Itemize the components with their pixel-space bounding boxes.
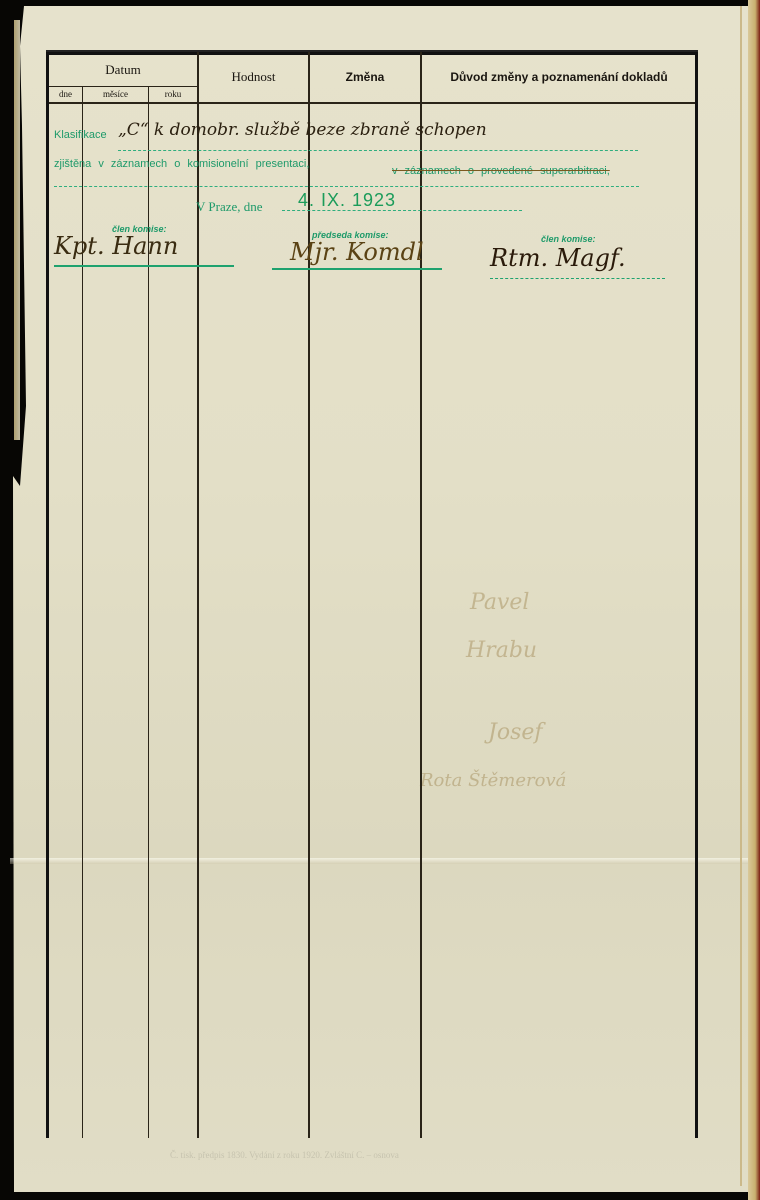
header-roku: roku <box>149 89 197 99</box>
page-edge <box>740 6 742 1186</box>
header-hodnost: Hodnost <box>199 69 308 85</box>
struck-text: v záznamech o provedené superarbitraci, <box>392 165 610 177</box>
signature-line-left <box>54 265 234 267</box>
dotted-rule <box>118 150 638 151</box>
book-spine <box>748 0 760 1200</box>
record-table <box>46 52 698 1138</box>
header-divider <box>49 86 197 87</box>
classification-label: Klasifikace <box>54 129 107 141</box>
header-duvod: Důvod změny a poznamenání dokladů <box>422 70 696 84</box>
signature-line-center <box>272 268 442 270</box>
signature-center: Mjr. Komdl <box>290 238 424 266</box>
header-datum: Datum <box>49 62 197 78</box>
header-zmena: Změna <box>310 70 420 84</box>
header-bottom-line <box>49 102 695 104</box>
bleed-through-print: Č. tisk. předpis 1830. Vydání z roku 192… <box>170 1150 399 1160</box>
signature-left: Kpt. Hann <box>54 232 178 260</box>
dotted-rule <box>54 186 639 187</box>
column-divider <box>308 52 310 1138</box>
place-label: V Praze, dne <box>196 199 263 215</box>
signature-right: Rtm. Magf. <box>490 244 626 272</box>
classification-value: „C“ k domobr. službě beze zbraně schopen <box>118 120 487 140</box>
date-stamp: 4. IX. 1923 <box>298 190 396 211</box>
header-dne: dne <box>49 89 82 99</box>
finding-text: zjištěna v záznamech o komisionelní pres… <box>54 158 309 170</box>
page-curl <box>14 20 20 440</box>
header-mesice: měsíce <box>83 89 148 99</box>
member-label-right: člen komise: <box>541 234 596 244</box>
column-divider <box>420 52 422 1138</box>
signature-line-right <box>490 278 665 279</box>
